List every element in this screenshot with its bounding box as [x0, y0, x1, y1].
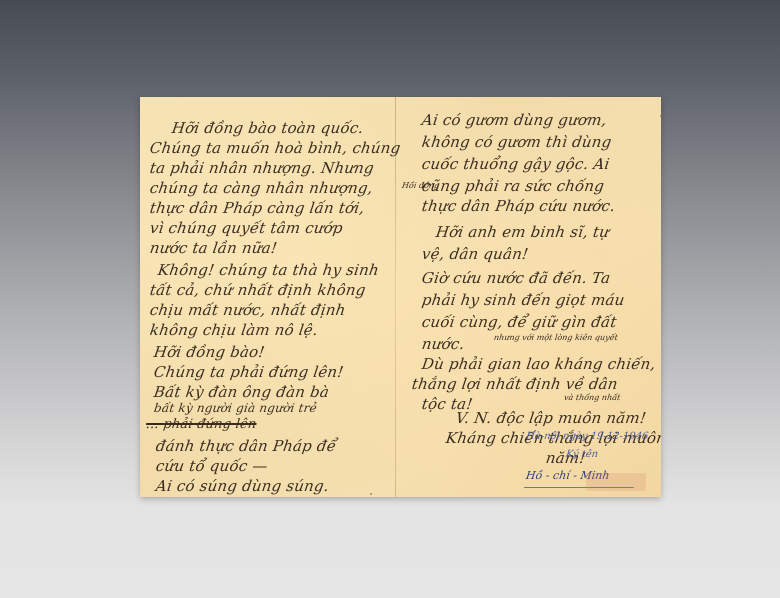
manuscript-line: cũng phải ra sức chống: [421, 177, 606, 195]
manuscript-line: Không! chúng ta thà hy sinh: [157, 261, 380, 279]
manuscript-line: bất kỳ người già người trẻ: [153, 401, 318, 415]
manuscript-line: nước ta lần nữa!: [149, 239, 279, 257]
manuscript-paper: Hỡi đồng bào toàn quốc. Chúng ta muốn ho…: [140, 97, 661, 497]
manuscript-line: chịu mất nước, nhất định: [149, 301, 347, 319]
manuscript-line: cuốc thuổng gậy gộc. Ai: [421, 155, 611, 173]
paper-speck: [370, 493, 372, 495]
manuscript-line: không chịu làm nô lệ.: [149, 321, 319, 339]
manuscript-line: thực dân Pháp càng lấn tới,: [149, 199, 366, 217]
manuscript-line: Dù phải gian lao kháng chiến,: [421, 355, 657, 373]
manuscript-line: Ai có gươm dùng gươm,: [421, 111, 608, 129]
manuscript-line: nước.: [421, 335, 466, 353]
manuscript-line: tất cả, chứ nhất định không: [149, 281, 367, 299]
left-page: Hỡi đồng bào toàn quốc. Chúng ta muốn ho…: [140, 97, 395, 497]
manuscript-line: thực dân Pháp cứu nước.: [421, 197, 617, 215]
margin-note: Hồi đồng: [401, 181, 440, 190]
manuscript-line: không có gươm thì dùng: [421, 133, 613, 151]
photo-backdrop: Hỡi đồng bào toàn quốc. Chúng ta muốn ho…: [0, 0, 780, 598]
manuscript-line: Chúng ta muốn hoà bình, chúng: [149, 139, 402, 157]
manuscript-line: thắng lợi nhất định về dân: [411, 375, 619, 393]
date-line: Hà-nội ngày 19-12-1946: [525, 431, 649, 442]
manuscript-line: vì chúng quyết tâm cướp: [149, 219, 344, 237]
insertion-note: nhưng với một lòng kiên quyết: [493, 333, 618, 342]
manuscript-line: đánh thực dân Pháp để: [155, 437, 338, 455]
signature-label: Ký tên: [565, 449, 599, 460]
manuscript-line: vệ, dân quân!: [421, 245, 530, 263]
manuscript-line: chúng ta càng nhân nhượng,: [149, 179, 374, 197]
manuscript-line: ta phải nhân nhượng. Nhưng: [149, 159, 375, 177]
insertion-note: và thống nhất: [563, 393, 621, 402]
manuscript-line: cuối cùng, để giữ gìn đất: [421, 313, 618, 331]
manuscript-line: Chúng ta phải đứng lên!: [153, 363, 345, 381]
manuscript-line: Hỡi anh em binh sĩ, tự: [435, 223, 611, 241]
manuscript-line: Hỡi đồng bào!: [153, 343, 266, 361]
manuscript-line: V. N. độc lập muôn năm!: [455, 409, 648, 427]
manuscript-line: phải hy sinh đến giọt máu: [421, 291, 626, 309]
manuscript-line: Ai có súng dùng súng.: [155, 477, 330, 495]
stamp-mark: [586, 473, 646, 491]
manuscript-line: Bất kỳ đàn ông đàn bà: [153, 383, 331, 401]
manuscript-line: Giờ cứu nước đã đến. Ta: [421, 269, 612, 287]
manuscript-line: Hỡi đồng bào toàn quốc.: [171, 119, 365, 137]
manuscript-line-struck: ... phải đứng lên: [145, 417, 258, 432]
paper-speck: [660, 115, 661, 117]
right-page: Ai có gươm dùng gươm, không có gươm thì …: [396, 97, 661, 497]
manuscript-line: cứu tổ quốc —: [155, 457, 269, 475]
